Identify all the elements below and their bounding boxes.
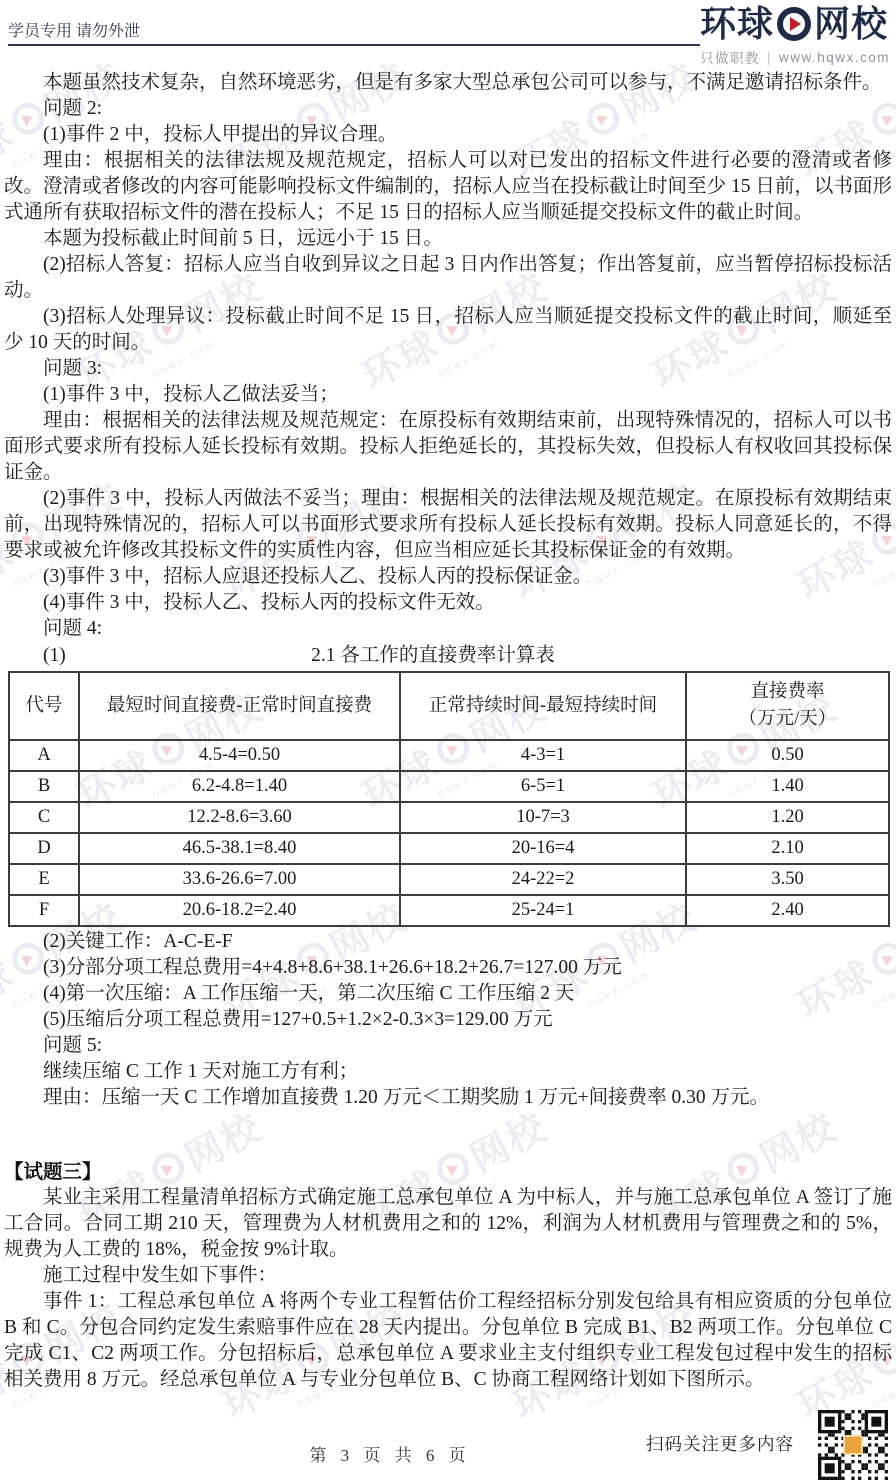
table-row: E33.6-26.6=7.0024-22=23.50 (9, 864, 889, 895)
table-cell: 1.20 (686, 802, 889, 833)
table-header-row: 代号 最短时间直接费-正常时间直接费 正常持续时间-最短持续时间 直接费率 （万… (9, 672, 889, 740)
table-cell: B (9, 771, 79, 802)
tagline-text: 只做职教 (700, 47, 760, 67)
table-cell: 25-24=1 (400, 895, 686, 926)
table-cell: A (9, 740, 79, 771)
table-cell: C (9, 802, 79, 833)
paragraph: 问题 2: (4, 96, 892, 122)
paragraph: (1)事件 3 中，投标人乙做法妥当； (4, 382, 892, 408)
paragraph: (5)压缩后分项工程总费用=127+0.5+1.2×2-0.3×3=129.00… (4, 1007, 892, 1033)
table-cell: 10-7=3 (400, 802, 686, 833)
paragraph: (3)招标人处理异议：投标截止时间不足 15 日，招标人应当顺延提交投标文件的截… (4, 304, 892, 356)
table-cell: 33.6-26.6=7.00 (79, 864, 400, 895)
paragraph: 问题 3: (4, 356, 892, 382)
table-title: 2.1 各工作的直接费率计算表 (94, 642, 772, 669)
table-cell: 0.50 (686, 740, 889, 771)
answer-paragraphs-continued: (2)关键工作：A-C-E-F(3)分部分项工程总费用=4+4.8+8.6+38… (4, 929, 892, 1111)
paragraph: (3)分部分项工程总费用=4+4.8+8.6+38.1+26.6+18.2+26… (4, 955, 892, 981)
header-direct-cost-rate: 直接费率 （万元/天） (686, 672, 889, 740)
qr-code (818, 1410, 888, 1480)
table-row: A4.5-4=0.504-3=10.50 (9, 740, 889, 771)
paragraph: (3)事件 3 中，招标人应退还投标人乙、投标人丙的投标保证金。 (4, 564, 892, 590)
table-row: C12.2-8.6=3.6010-7=31.20 (9, 802, 889, 833)
brand-name-right: 网校 (814, 4, 888, 44)
table-row: B6.2-4.8=1.406-5=11.40 (9, 771, 889, 802)
paragraph: 本题虽然技术复杂，自然环境恶劣，但是有多家大型总承包公司可以参与，不满足邀请招标… (4, 70, 892, 96)
table-row: F20.6-18.2=2.4025-24=12.40 (9, 895, 889, 926)
paragraph: 理由：根据相关的法律法规及规范规定，招标人可以对已发出的招标文件进行必要的澄清或… (4, 148, 892, 226)
play-circle-icon (777, 7, 811, 41)
table-cell: 20-16=4 (400, 833, 686, 864)
paragraph: 理由：根据相关的法律法规及规范规定：在原投标有效期结束前，出现特殊情况的，招标人… (4, 408, 892, 486)
paragraph: 本题为投标截止时间前 5 日，远远小于 15 日。 (4, 226, 892, 252)
table-row: D46.5-38.1=8.4020-16=42.10 (9, 833, 889, 864)
brand-name-left: 环球 (700, 4, 774, 44)
answer-paragraphs: 本题虽然技术复杂，自然环境恶劣，但是有多家大型总承包公司可以参与，不满足邀请招标… (4, 70, 892, 642)
table-cell: D (9, 833, 79, 864)
paragraph: 某业主采用工程量清单招标方式确定施工总承包单位 A 为中标人，并与施工总承包单位… (4, 1185, 892, 1263)
table-cell: 12.2-8.6=3.60 (79, 802, 400, 833)
document-body: 本题虽然技术复杂，自然环境恶劣，但是有多家大型总承包公司可以参与，不满足邀请招标… (4, 70, 892, 1393)
question3-paragraphs: 某业主采用工程量清单招标方式确定施工总承包单位 A 为中标人，并与施工总承包单位… (4, 1185, 892, 1393)
paragraph: 问题 4: (4, 616, 892, 642)
table-cell: 3.50 (686, 864, 889, 895)
paragraph: (1)事件 2 中，投标人甲提出的异议合理。 (4, 122, 892, 148)
paragraph: 理由：压缩一天 C 工作增加直接费 1.20 万元＜工期奖励 1 万元+间接费率… (4, 1085, 892, 1111)
paragraph: (2)招标人答复：招标人应当自收到异议之日起 3 日内作出答复；作出答复前，应当… (4, 252, 892, 304)
table-item-label: (1) (4, 642, 94, 669)
brand-tagline: 只做职教 | www.hqwx.com (700, 47, 890, 67)
table-cell: 46.5-38.1=8.40 (79, 833, 400, 864)
header-duration-diff: 正常持续时间-最短持续时间 (400, 672, 686, 740)
header-direct-cost-diff: 最短时间直接费-正常时间直接费 (79, 672, 400, 740)
scan-qr-prompt: 扫码关注更多内容 (646, 1431, 794, 1456)
paragraph: 继续压缩 C 工作 1 天对施工方有利； (4, 1059, 892, 1085)
table-cell: 24-22=2 (400, 864, 686, 895)
paragraph: (4)第一次压缩：A 工作压缩一天，第二次压缩 C 工作压缩 2 天 (4, 981, 892, 1007)
table-cell: F (9, 895, 79, 926)
brand-url: www.hqwx.com (779, 50, 890, 65)
table-cell: 2.40 (686, 895, 889, 926)
tagline-separator: | (767, 50, 772, 65)
classification-notice: 学员专用 请勿外泄 (8, 18, 140, 41)
header-divider (8, 44, 700, 46)
table-cell: E (9, 864, 79, 895)
paragraph: (4)事件 3 中，投标人乙、投标人丙的投标文件无效。 (4, 590, 892, 616)
direct-cost-rate-table: 代号 最短时间直接费-正常时间直接费 正常持续时间-最短持续时间 直接费率 （万… (8, 671, 890, 927)
table-cell: 20.6-18.2=2.40 (79, 895, 400, 926)
paragraph: 事件 1：工程总承包单位 A 将两个专业工程暂估价工程经招标分别发包给具有相应资… (4, 1289, 892, 1393)
paragraph: (2)事件 3 中，投标人丙做法不妥当；理由：根据相关的法律法规及规范规定。在原… (4, 486, 892, 564)
header-code: 代号 (9, 672, 79, 740)
paragraph: 施工过程中发生如下事件： (4, 1263, 892, 1289)
document-page: 环球网校hqwx.com环球网校hqwx.com环球网校hqwx.com环球网校… (0, 0, 896, 1482)
paragraph: 问题 5: (4, 1033, 892, 1059)
brand-logo: 环球 网校 只做职教 | www.hqwx.com (700, 4, 890, 67)
table-cell: 4.5-4=0.50 (79, 740, 400, 771)
section-heading-question3: 【试题三】 (4, 1159, 892, 1185)
table-cell: 6.2-4.8=1.40 (79, 771, 400, 802)
table-cell: 6-5=1 (400, 771, 686, 802)
table-cell: 2.10 (686, 833, 889, 864)
paragraph: (2)关键工作：A-C-E-F (4, 929, 892, 955)
table-cell: 1.40 (686, 771, 889, 802)
table-title-row: (1) 2.1 各工作的直接费率计算表 (4, 642, 892, 669)
brand-logo-wordmark: 环球 网校 (700, 4, 888, 44)
table-cell: 4-3=1 (400, 740, 686, 771)
